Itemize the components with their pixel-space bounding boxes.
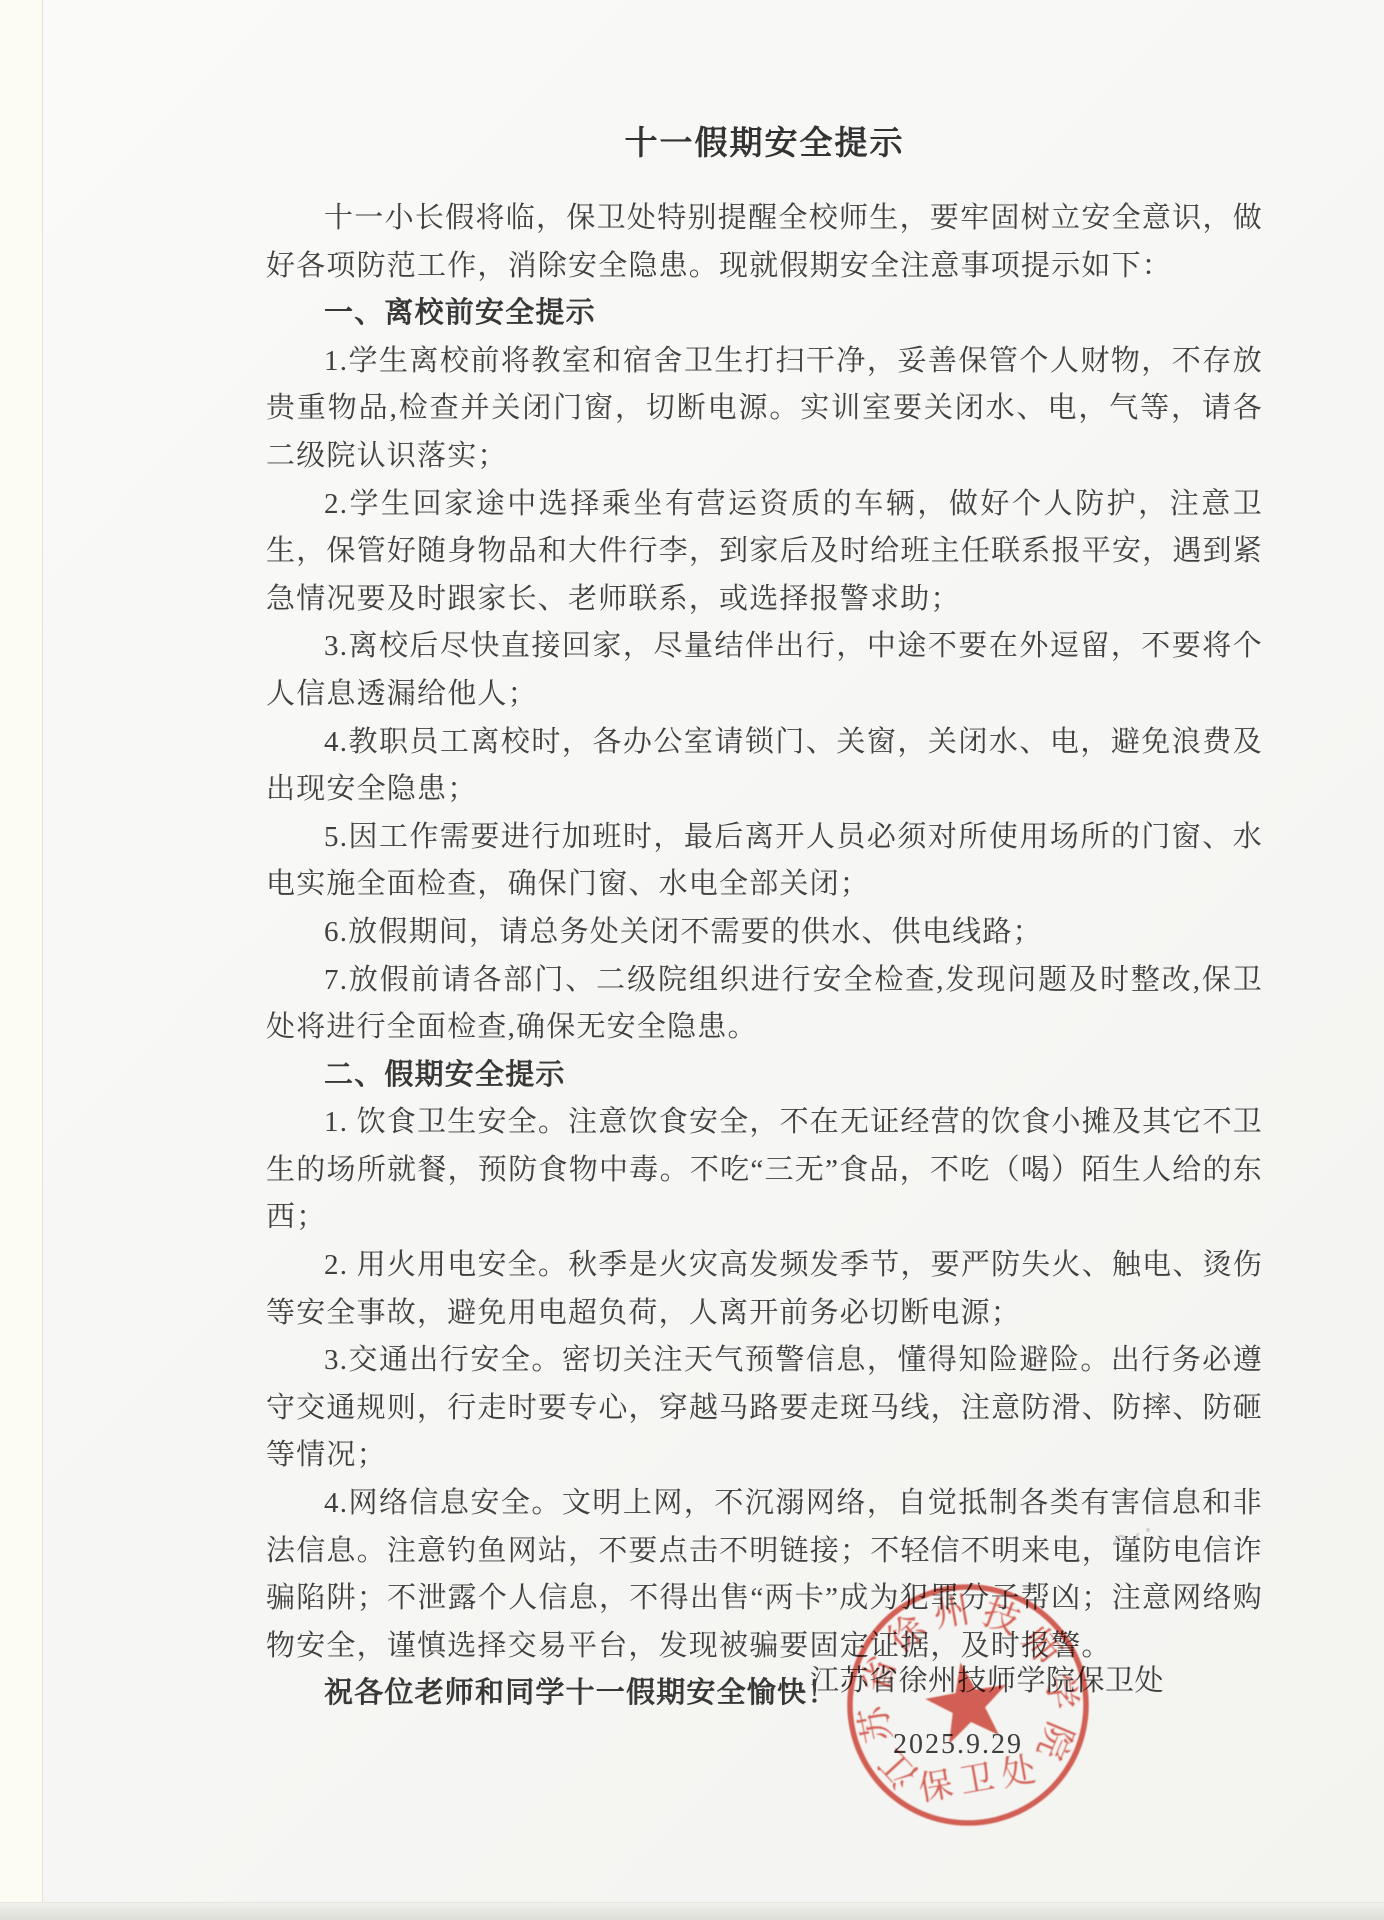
paragraph: 5.因工作需要进行加班时，最后离开人员必须对所使用场所的门窗、水电实施全面检查，…	[266, 814, 1263, 909]
text-flow: 十一小长假将临，保卫处特别提醒全校师生，要牢固树立安全意识，做好各项防范工作，消…	[266, 195, 1263, 1718]
red-star-icon	[920, 1655, 1014, 1746]
stamp-department: 保卫处	[916, 1749, 1047, 1808]
paragraph: 1.学生离校前将教室和宿舍卫生打扫干净，妥善保管个人财物，不存放贵重物品,检查并…	[266, 338, 1263, 481]
seal-group: 江苏省徐州技师学院 保卫处	[831, 1568, 1104, 1841]
paragraph: 7.放假前请各部门、二级院组织进行安全检查,发现问题及时整改,保卫处将进行全面检…	[266, 957, 1263, 1052]
paragraph: 1. 饮食卫生安全。注意饮食安全，不在无证经营的饮食小摊及其它不卫生的场所就餐，…	[266, 1099, 1263, 1242]
paragraph: 2.学生回家途中选择乘坐有营运资质的车辆，做好个人防护，注意卫生，保管好随身物品…	[266, 481, 1263, 624]
paragraph: 十一小长假将临，保卫处特别提醒全校师生，要牢固树立安全意识，做好各项防范工作，消…	[266, 195, 1263, 290]
document-title: 十一假期安全提示	[266, 120, 1263, 168]
paragraph: 3.交通出行安全。密切关注天气预警信息，懂得知险避险。出行务必遵守交通规则，行走…	[266, 1337, 1263, 1480]
paragraph: 6.放假期间，请总务处关闭不需要的供水、供电线路；	[266, 909, 1263, 957]
paragraph: 4.教职员工离校时，各办公室请锁门、关窗，关闭水、电，避免浪费及出现安全隐患；	[266, 719, 1263, 814]
scan-edge-bottom	[0, 1902, 1384, 1920]
scan-edge-left	[0, 0, 43, 1920]
security-office-seal-stamp: 江苏省徐州技师学院 保卫处	[818, 1555, 1118, 1855]
section-heading: 二、假期安全提示	[266, 1052, 1263, 1100]
pen-squiggle-mark	[1108, 1518, 1178, 1554]
paragraph: 3.离校后尽快直接回家，尽量结伴出行，中途不要在外逗留，不要将个人信息透漏给他人…	[266, 623, 1263, 718]
scanned-document-page: { "page": { "background": "#f7f7f4", "pa…	[0, 0, 1384, 1920]
section-heading: 一、离校前安全提示	[266, 290, 1263, 338]
paragraph: 2. 用火用电安全。秋季是火灾高发频发季节，要严防失火、触电、烫伤等安全事故，避…	[266, 1242, 1263, 1337]
